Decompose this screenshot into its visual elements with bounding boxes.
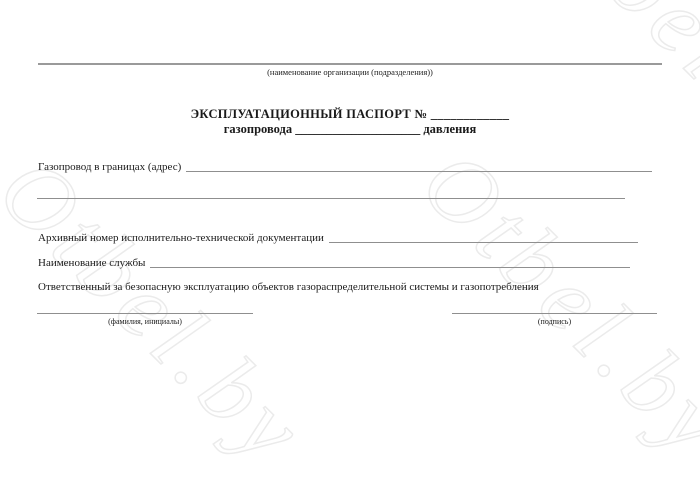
signature-name-line bbox=[37, 300, 253, 314]
signature-sign-caption: (подпись) bbox=[452, 317, 657, 326]
field-archive-number-blank-line bbox=[329, 242, 638, 243]
document-page: Otbel.by Otbel.by Otbel.by (наименование… bbox=[0, 0, 700, 494]
organization-name-line bbox=[38, 63, 662, 65]
field-archive-number-label: Архивный номер исполнительно-технической… bbox=[38, 232, 324, 244]
field-service-name-label: Наименование службы bbox=[38, 257, 145, 269]
field-address-label: Газопровод в границах (адрес) bbox=[38, 161, 181, 173]
signature-sign-block: (подпись) bbox=[452, 300, 657, 326]
document-subtitle: газопровода ____________________ давлени… bbox=[0, 122, 700, 137]
field-archive-number: Архивный номер исполнительно-технической… bbox=[38, 230, 638, 244]
signature-name-block: (фамилия, инициалы) bbox=[37, 300, 253, 326]
field-address: Газопровод в границах (адрес) bbox=[38, 159, 652, 173]
field-address-continuation-line bbox=[37, 198, 625, 199]
field-service-name-blank-line bbox=[150, 267, 630, 268]
signature-sign-line bbox=[452, 300, 657, 314]
field-address-blank-line bbox=[186, 171, 652, 172]
organization-caption: (наименование организации (подразделения… bbox=[0, 67, 700, 77]
signature-name-caption: (фамилия, инициалы) bbox=[37, 317, 253, 326]
field-service-name: Наименование службы bbox=[38, 255, 630, 269]
document-title: ЭКСПЛУАТАЦИОННЫЙ ПАСПОРТ № ____________ bbox=[0, 107, 700, 122]
responsible-person-text: Ответственный за безопасную эксплуатацию… bbox=[38, 281, 660, 293]
